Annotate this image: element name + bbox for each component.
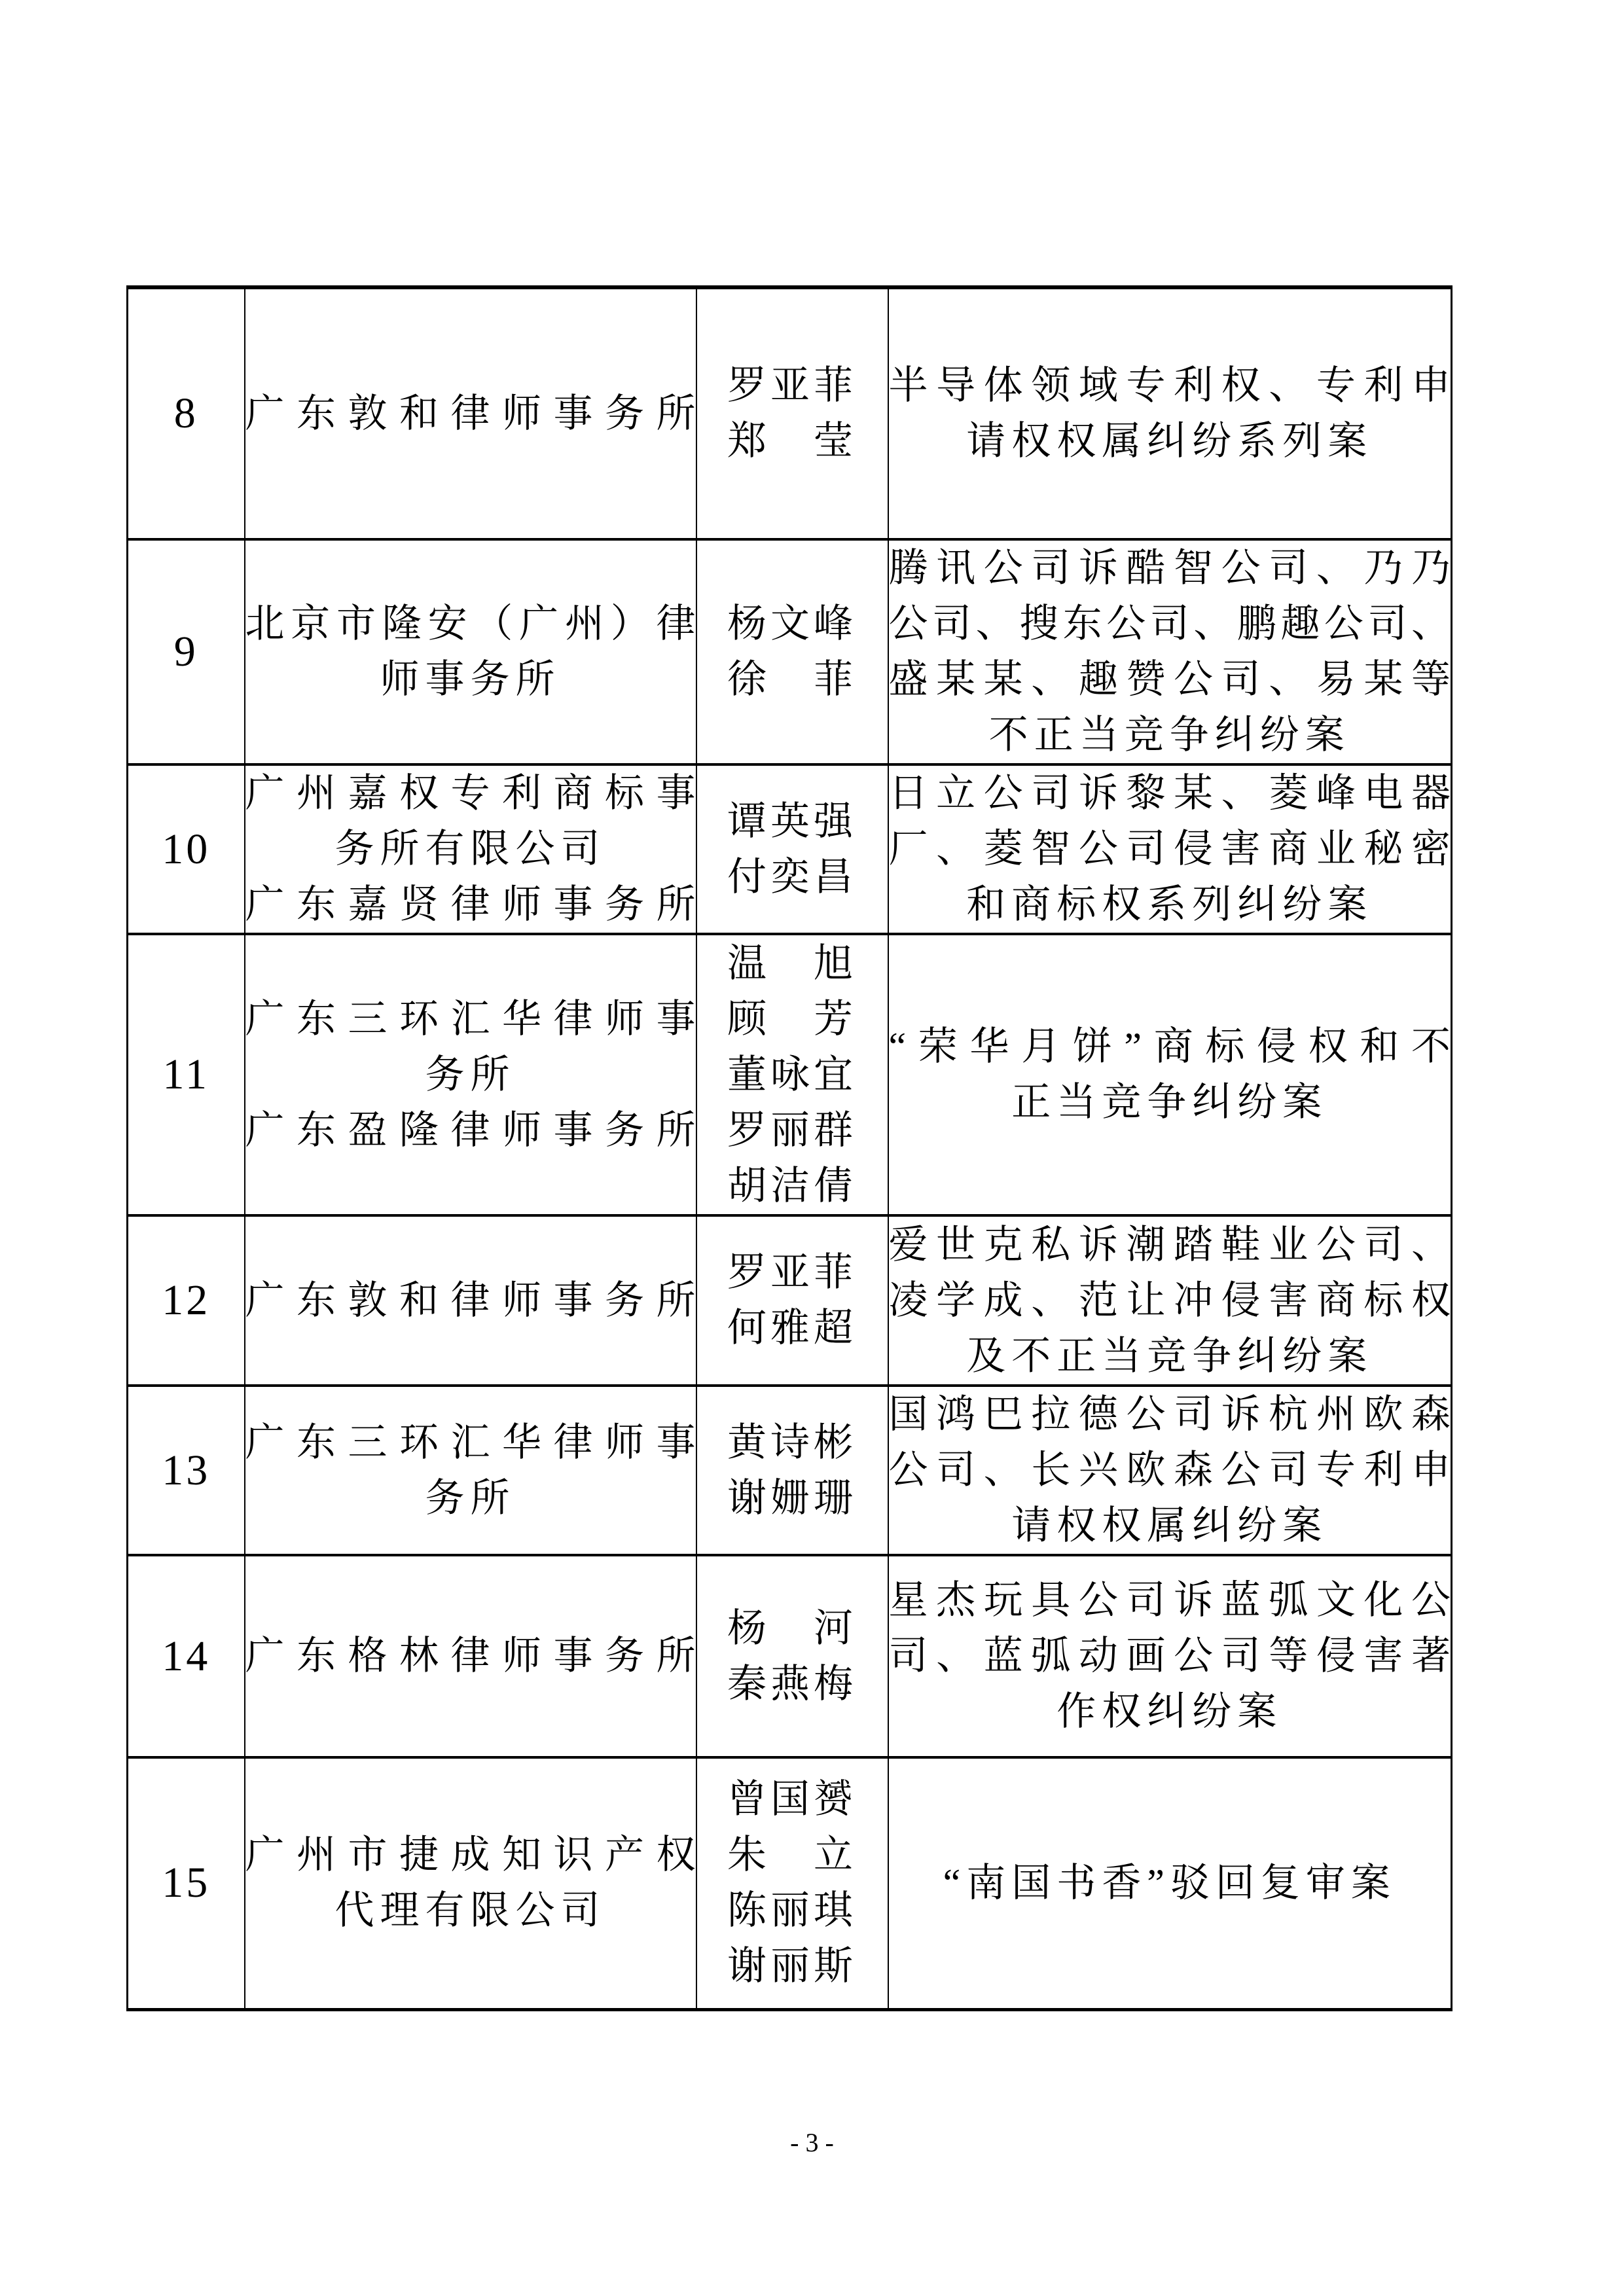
case-cell: 日立公司诉黎某、菱峰电器厂、菱智公司侵害商业秘密和商标权系列纠纷案: [888, 764, 1452, 934]
table-row: 15广州市捷成知识产权代理有限公司曾国赟朱 立陈丽琪谢丽斯“南国书香”驳回复审案: [128, 1757, 1452, 2009]
case-line: 和商标权系列纠纷案: [889, 877, 1451, 933]
table-row: 9北京市隆安（广州）律师事务所杨文峰徐 菲腾讯公司诉酷智公司、乃乃公司、搜东公司…: [128, 539, 1452, 764]
table-row: 13广东三环汇华律师事务所黄诗彬谢姗珊国鸿巴拉德公司诉杭州欧森公司、长兴欧森公司…: [128, 1386, 1452, 1555]
row-number: 10: [128, 764, 245, 934]
firm-line: 代理有限公司: [245, 1883, 696, 1939]
lawyers-cell: 罗亚菲郑 莹: [696, 287, 888, 539]
lawyer-name: 胡洁倩: [697, 1158, 888, 1214]
lawyer-name: 曾国赟: [697, 1772, 888, 1827]
case-cell: 爱世克私诉潮踏鞋业公司、凌学成、范让冲侵害商标权及不正当竞争纠纷案: [888, 1215, 1452, 1386]
lawyers-cell: 黄诗彬谢姗珊: [696, 1386, 888, 1555]
case-line: 司、蓝弧动画公司等侵害著: [889, 1628, 1451, 1684]
case-line: 厂、菱智公司侵害商业秘密: [889, 821, 1451, 877]
lawyer-name: 郑 莹: [697, 414, 888, 469]
case-line: 请权权属纠纷系列案: [889, 414, 1451, 469]
row-number: 9: [128, 539, 245, 764]
case-cell: 星杰玩具公司诉蓝弧文化公司、蓝弧动画公司等侵害著作权纠纷案: [888, 1555, 1452, 1757]
lawyer-name: 谢姗珊: [697, 1471, 888, 1526]
table-row: 12广东敦和律师事务所罗亚菲何雅超爱世克私诉潮踏鞋业公司、凌学成、范让冲侵害商标…: [128, 1215, 1452, 1386]
lawyer-name: 陈丽琪: [697, 1883, 888, 1939]
case-line: 公司、搜东公司、鹏趣公司、: [889, 596, 1451, 652]
firm-cell: 广东格林律师事务所: [245, 1555, 696, 1757]
case-line: 半导体领域专利权、专利申: [889, 358, 1451, 414]
case-line: “南国书香”驳回复审案: [889, 1856, 1451, 1911]
row-number: 13: [128, 1386, 245, 1555]
award-table: 8广东敦和律师事务所罗亚菲郑 莹半导体领域专利权、专利申请权权属纠纷系列案9北京…: [126, 285, 1453, 2011]
page-number: - 3 -: [0, 2127, 1624, 2159]
case-line: 国鸿巴拉德公司诉杭州欧森: [889, 1387, 1451, 1443]
firm-line: 务所: [245, 1471, 696, 1526]
lawyer-name: 罗亚菲: [697, 1245, 888, 1300]
case-line: 腾讯公司诉酷智公司、乃乃: [889, 541, 1451, 596]
lawyers-cell: 罗亚菲何雅超: [696, 1215, 888, 1386]
case-cell: 国鸿巴拉德公司诉杭州欧森公司、长兴欧森公司专利申请权权属纠纷案: [888, 1386, 1452, 1555]
firm-line: 广州嘉权专利商标事: [245, 766, 696, 821]
row-number: 11: [128, 934, 245, 1215]
firm-line: 广东嘉贤律师事务所: [245, 877, 696, 933]
lawyer-name: 杨 河: [697, 1601, 888, 1657]
firm-cell: 北京市隆安（广州）律师事务所: [245, 539, 696, 764]
firm-cell: 广州市捷成知识产权代理有限公司: [245, 1757, 696, 2009]
case-cell: 半导体领域专利权、专利申请权权属纠纷系列案: [888, 287, 1452, 539]
row-number: 15: [128, 1757, 245, 2009]
table-row: 10广州嘉权专利商标事务所有限公司广东嘉贤律师事务所谭英强付奕昌日立公司诉黎某、…: [128, 764, 1452, 934]
case-line: 盛某某、趣赞公司、易某等: [889, 652, 1451, 708]
lawyer-name: 秦燕梅: [697, 1657, 888, 1712]
case-line: 及不正当竞争纠纷案: [889, 1329, 1451, 1384]
firm-line: 广东三环汇华律师事: [245, 1415, 696, 1471]
table-row: 11广东三环汇华律师事务所广东盈隆律师事务所温 旭顾 芳董咏宜罗丽群胡洁倩“荣华…: [128, 934, 1452, 1215]
case-cell: “南国书香”驳回复审案: [888, 1757, 1452, 2009]
lawyer-name: 温 旭: [697, 936, 888, 992]
lawyers-cell: 谭英强付奕昌: [696, 764, 888, 934]
firm-line: 广东敦和律师事务所: [245, 1273, 696, 1329]
case-line: 作权纠纷案: [889, 1684, 1451, 1740]
case-line: 日立公司诉黎某、菱峰电器: [889, 766, 1451, 821]
table-body: 8广东敦和律师事务所罗亚菲郑 莹半导体领域专利权、专利申请权权属纠纷系列案9北京…: [128, 287, 1452, 2009]
row-number: 12: [128, 1215, 245, 1386]
lawyer-name: 朱 立: [697, 1827, 888, 1883]
case-cell: 腾讯公司诉酷智公司、乃乃公司、搜东公司、鹏趣公司、盛某某、趣赞公司、易某等不正当…: [888, 539, 1452, 764]
firm-cell: 广州嘉权专利商标事务所有限公司广东嘉贤律师事务所: [245, 764, 696, 934]
lawyer-name: 谢丽斯: [697, 1939, 888, 1994]
firm-line: 务所有限公司: [245, 821, 696, 877]
case-line: 凌学成、范让冲侵害商标权: [889, 1273, 1451, 1329]
lawyers-cell: 温 旭顾 芳董咏宜罗丽群胡洁倩: [696, 934, 888, 1215]
firm-line: 北京市隆安（广州）律: [245, 596, 696, 652]
lawyer-name: 何雅超: [697, 1300, 888, 1356]
case-line: 公司、长兴欧森公司专利申: [889, 1443, 1451, 1498]
lawyer-name: 徐 菲: [697, 652, 888, 708]
case-line: 爱世克私诉潮踏鞋业公司、: [889, 1217, 1451, 1273]
lawyers-cell: 杨 河秦燕梅: [696, 1555, 888, 1757]
table-row: 14广东格林律师事务所杨 河秦燕梅星杰玩具公司诉蓝弧文化公司、蓝弧动画公司等侵害…: [128, 1555, 1452, 1757]
lawyer-name: 付奕昌: [697, 850, 888, 905]
case-line: “荣华月饼”商标侵权和不: [889, 1019, 1451, 1075]
firm-line: 广州市捷成知识产权: [245, 1827, 696, 1883]
firm-line: 广东格林律师事务所: [245, 1628, 696, 1684]
table-row: 8广东敦和律师事务所罗亚菲郑 莹半导体领域专利权、专利申请权权属纠纷系列案: [128, 287, 1452, 539]
lawyer-name: 黄诗彬: [697, 1415, 888, 1471]
case-line: 星杰玩具公司诉蓝弧文化公: [889, 1573, 1451, 1628]
document-page: 8广东敦和律师事务所罗亚菲郑 莹半导体领域专利权、专利申请权权属纠纷系列案9北京…: [0, 0, 1624, 2296]
firm-cell: 广东三环汇华律师事务所: [245, 1386, 696, 1555]
row-number: 14: [128, 1555, 245, 1757]
row-number: 8: [128, 287, 245, 539]
firm-line: 广东敦和律师事务所: [245, 386, 696, 442]
case-line: 请权权属纠纷案: [889, 1498, 1451, 1554]
lawyers-cell: 杨文峰徐 菲: [696, 539, 888, 764]
lawyer-name: 杨文峰: [697, 596, 888, 652]
firm-line: 广东盈隆律师事务所: [245, 1103, 696, 1158]
firm-line: 广东三环汇华律师事: [245, 992, 696, 1047]
lawyer-name: 顾 芳: [697, 992, 888, 1047]
case-cell: “荣华月饼”商标侵权和不正当竞争纠纷案: [888, 934, 1452, 1215]
firm-cell: 广东三环汇华律师事务所广东盈隆律师事务所: [245, 934, 696, 1215]
case-line: 不正当竞争纠纷案: [889, 708, 1451, 763]
lawyer-name: 罗丽群: [697, 1103, 888, 1158]
lawyer-name: 董咏宜: [697, 1047, 888, 1103]
lawyer-name: 罗亚菲: [697, 358, 888, 414]
firm-line: 师事务所: [245, 652, 696, 708]
firm-cell: 广东敦和律师事务所: [245, 287, 696, 539]
firm-cell: 广东敦和律师事务所: [245, 1215, 696, 1386]
case-line: 正当竞争纠纷案: [889, 1075, 1451, 1130]
lawyers-cell: 曾国赟朱 立陈丽琪谢丽斯: [696, 1757, 888, 2009]
firm-line: 务所: [245, 1047, 696, 1103]
lawyer-name: 谭英强: [697, 794, 888, 850]
